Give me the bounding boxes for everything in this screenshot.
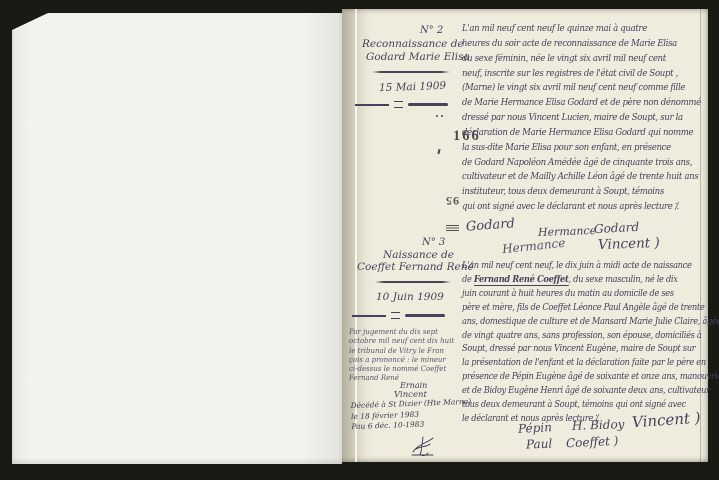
note-line: ci-dessus le nommé Coeffet bbox=[349, 365, 454, 374]
signature-hermance-paraph: Hermance bbox=[501, 236, 566, 257]
act1-line: déclaration de Marie Hermance Elisa Goda… bbox=[462, 126, 701, 141]
signature-godard-2: Godard bbox=[594, 220, 640, 236]
act2-line-name: de Fernand René Coeffet, du sexe masculi… bbox=[462, 274, 719, 288]
act1-line: de Marie Hermance Elisa Godard et de pèr… bbox=[462, 96, 701, 111]
signature-godard: Godard bbox=[466, 216, 516, 234]
note-signature-ernain: Ernain bbox=[400, 381, 427, 390]
act1-body-text: L'an mil neuf cent neuf le quinze mai à … bbox=[462, 22, 701, 215]
right-register-page: N° 2 Reconnaissance de Godard Marie Elis… bbox=[342, 9, 708, 462]
act2-body-text: L'an mil neuf cent neuf, le dix juin à m… bbox=[462, 260, 719, 427]
act2-line: juin courant à huit heures du matin au d… bbox=[462, 288, 719, 302]
divider-equals-mark bbox=[394, 101, 403, 108]
act1-margin-rule bbox=[372, 71, 450, 73]
act1-line: du sexe féminin, née le vingt six avril … bbox=[462, 52, 701, 67]
act2-margin-number: N° 3 bbox=[422, 237, 445, 248]
gutter-fold-highlight bbox=[355, 9, 357, 462]
act1-margin-divider bbox=[355, 101, 448, 108]
act2-line: père et mère, fils de Coeffet Léonce Pau… bbox=[462, 302, 719, 316]
act2-line: la présentation de l'enfant et la déclar… bbox=[462, 357, 719, 371]
act1-line: cultivateur et de Mailly Achille Léon âg… bbox=[462, 170, 701, 185]
act1-margin-number: N° 2 bbox=[420, 25, 443, 36]
act2-line: présence de Pépin Eugène âgé de soixante… bbox=[462, 371, 719, 385]
act1-line: neuf, inscrite sur les registres de l'ét… bbox=[462, 67, 701, 82]
hatch-stamp bbox=[446, 225, 459, 233]
signature-coeffet: Coeffet ) bbox=[566, 434, 619, 451]
ink-dots bbox=[436, 115, 446, 119]
act2-line: de vingt quatre ans, sans profession, so… bbox=[462, 330, 719, 344]
note-line: le tribunal de Vitry le Fran bbox=[349, 347, 454, 356]
act2-line: Soupt, dressé par nous Vincent Eugène, m… bbox=[462, 343, 719, 357]
divider-stroke bbox=[355, 104, 389, 106]
act1-margin-name: Godard Marie Elisa bbox=[366, 51, 470, 63]
act1-line: L'an mil neuf cent neuf le quinze mai à … bbox=[462, 22, 701, 37]
signature-pepin: Pépin bbox=[518, 420, 553, 436]
act1-line: dressé par nous Vincent Lucien, maire de… bbox=[462, 111, 701, 126]
note-line: Par jugement du dix sept bbox=[349, 328, 454, 337]
act2-line: et de Bidoy Eugène Henri âgé de soixante… bbox=[462, 385, 719, 399]
act2-margin-title: Naissance de bbox=[383, 249, 454, 261]
act1-line: heures du soir acte de reconnaissance de… bbox=[462, 37, 701, 52]
act2-line: ans, domestique de culture et de Mansard… bbox=[462, 316, 719, 330]
act2-line: L'an mil neuf cent neuf, le dix juin à m… bbox=[462, 260, 719, 274]
divider-equals-mark bbox=[391, 312, 400, 319]
act2-margin-name: Coeffet Fernand René bbox=[357, 261, 474, 273]
act2-marginal-note: Par jugement du dix sept octobre mil neu… bbox=[349, 328, 454, 384]
act2-child-name: Fernand René Coeffet bbox=[474, 275, 569, 286]
act2-margin-date: 10 Juin 1909 bbox=[376, 291, 444, 303]
ink-tick bbox=[437, 149, 440, 154]
act1-line: qui ont signé avec le déclarant et nous … bbox=[462, 200, 701, 215]
divider-stroke bbox=[352, 315, 386, 317]
act1-margin-title: Reconnaissance de bbox=[362, 38, 464, 50]
act1-line: (Marne) le vingt six avril mil neuf cent… bbox=[462, 81, 701, 96]
note-line: çois a prononcé : le mineur bbox=[349, 356, 454, 365]
act2-margin-divider bbox=[352, 312, 445, 319]
death-mention-note: Décédé à St Dizier (Hte Marne) le 18 fév… bbox=[350, 397, 472, 433]
act1-line: de Godard Napoléon Amédée âgé de cinquan… bbox=[462, 156, 701, 171]
act1-margin-date: 15 Mai 1909 bbox=[379, 80, 447, 94]
act2-margin-rule bbox=[375, 281, 451, 283]
signature-paul: Paul bbox=[526, 437, 553, 452]
signature-bidoy: H. Bidoy bbox=[572, 417, 625, 433]
act1-line: instituteur, tous deux demeurant à Soupt… bbox=[462, 185, 701, 200]
paraph-flourish bbox=[408, 433, 438, 460]
note-line: octobre mil neuf cent dix huit bbox=[349, 337, 454, 346]
divider-stroke bbox=[405, 314, 445, 317]
divider-stroke bbox=[408, 103, 448, 106]
left-blank-page bbox=[12, 13, 342, 464]
act2-name-suffix: , du sexe masculin, né le dix bbox=[568, 275, 677, 285]
act2-name-prefix: de bbox=[462, 275, 474, 285]
signature-vincent-2: Vincent ) bbox=[631, 409, 701, 432]
act1-line: la sus-dite Marie Elisa pour son enfant,… bbox=[462, 141, 701, 156]
signature-vincent: Vincent ) bbox=[598, 235, 660, 253]
